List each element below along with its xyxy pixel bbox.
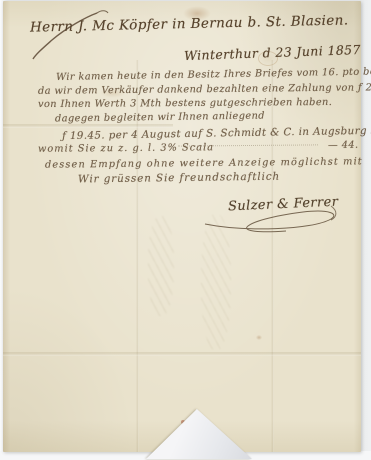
body-line-draft-amount-continued: — 44. [328, 140, 359, 152]
ink-bleedthrough-column [201, 214, 231, 350]
ink-bleedthrough-column [148, 216, 174, 316]
horizontal-fold-crease-upper [3, 124, 173, 128]
paper-flap-triangle [146, 409, 252, 459]
foxing-stain [256, 335, 262, 340]
body-line: womit Sie zu z. g. l. 3% Scala [38, 142, 214, 155]
horizontal-fold-crease-lower [3, 352, 361, 356]
vertical-fold-crease-right [271, 60, 274, 452]
body-line: von Ihnen Werth 3 Mth bestens gutgeschri… [38, 97, 332, 110]
letter-photograph: Herrn J. Mc Köpfer in Bernau b. St. Blas… [0, 0, 371, 460]
